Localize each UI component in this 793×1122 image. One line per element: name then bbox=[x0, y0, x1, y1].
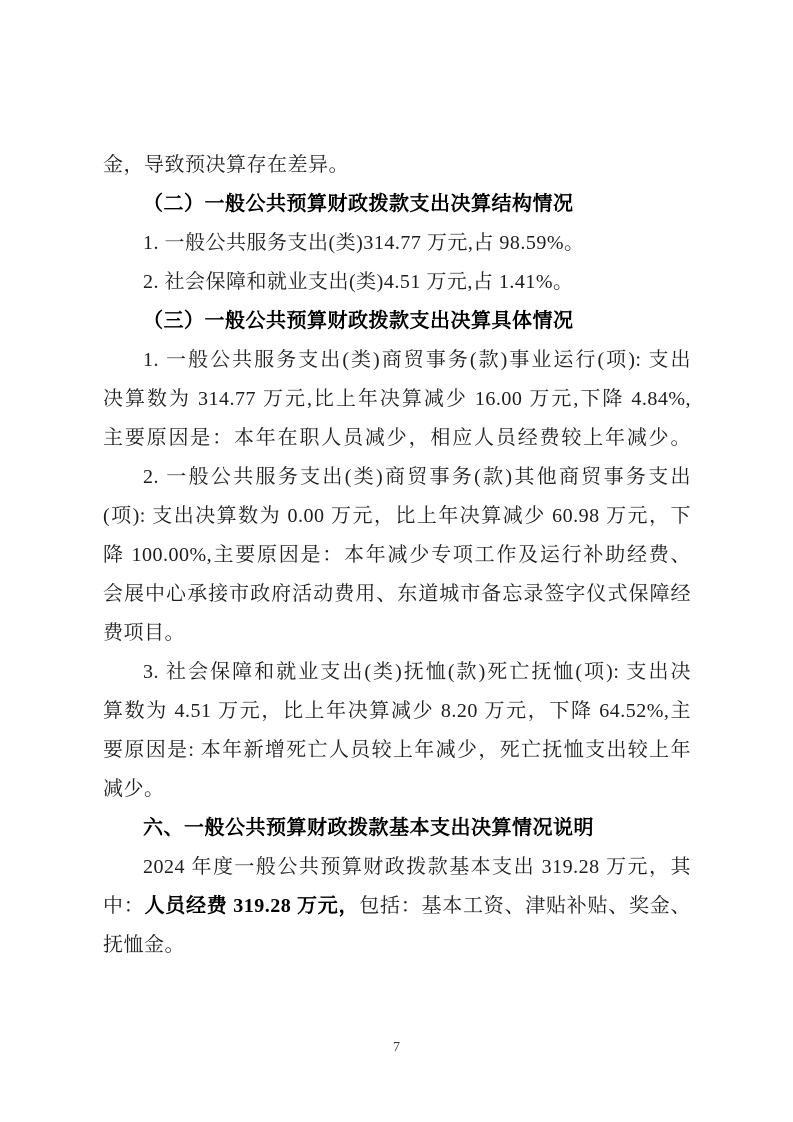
para-basic-line-2-post: 包括：基本工资、津贴补贴、奖金、 bbox=[359, 895, 691, 917]
para-basic-line-1: 2024 年度一般公共预算财政拨款基本支出 319.28 万元，其 bbox=[103, 848, 691, 887]
paragraph-continuation: 金，导致预决算存在差异。 bbox=[103, 146, 691, 185]
para-detail-1-line-3: 主要原因是：本年在职人员减少，相应人员经费较上年减少。 bbox=[103, 419, 691, 458]
para-basic-line-2-pre: 中： bbox=[103, 895, 145, 917]
page-number: 7 bbox=[0, 1036, 793, 1060]
document-page: 金，导致预决算存在差异。 （二）一般公共预算财政拨款支出决算结构情况 1. 一般… bbox=[0, 0, 793, 1122]
para-detail-3-line-3: 要原因是: 本年新增死亡人员较上年减少，死亡抚恤支出较上年 bbox=[103, 731, 691, 770]
para-detail-2-line-3: 降 100.00%,主要原因是：本年减少专项工作及运行补助经费、 bbox=[103, 536, 691, 575]
item-social-security: 2. 社会保障和就业支出(类)4.51 万元,占 1.41%。 bbox=[103, 263, 691, 302]
para-detail-3-line-4: 减少。 bbox=[103, 770, 691, 809]
heading-detail-section: （三）一般公共预算财政拨款支出决算具体情况 bbox=[103, 302, 691, 341]
heading-structure-section: （二）一般公共预算财政拨款支出决算结构情况 bbox=[103, 185, 691, 224]
para-detail-2-line-4: 会展中心承接市政府活动费用、东道城市备忘录签字仪式保障经 bbox=[103, 575, 691, 614]
para-detail-2-line-1: 2. 一般公共服务支出(类)商贸事务(款)其他商贸事务支出 bbox=[103, 458, 691, 497]
para-detail-3-line-1: 3. 社会保障和就业支出(类)抚恤(款)死亡抚恤(项): 支出决 bbox=[103, 653, 691, 692]
para-detail-1-line-2: 决算数为 314.77 万元,比上年决算减少 16.00 万元,下降 4.84%… bbox=[103, 380, 691, 419]
para-detail-2-line-5: 费项目。 bbox=[103, 614, 691, 653]
document-body: 金，导致预决算存在差异。 （二）一般公共预算财政拨款支出决算结构情况 1. 一般… bbox=[103, 146, 691, 965]
personnel-expense-bold: 人员经费 319.28 万元， bbox=[145, 895, 360, 917]
para-basic-line-2: 中：人员经费 319.28 万元，包括：基本工资、津贴补贴、奖金、 bbox=[103, 887, 691, 926]
para-basic-line-3: 抚恤金。 bbox=[103, 926, 691, 965]
para-detail-3-line-2: 算数为 4.51 万元，比上年决算减少 8.20 万元，下降 64.52%,主 bbox=[103, 692, 691, 731]
heading-basic-expenditure: 六、一般公共预算财政拨款基本支出决算情况说明 bbox=[103, 809, 691, 848]
para-detail-2-line-2: (项): 支出决算数为 0.00 万元，比上年决算减少 60.98 万元，下 bbox=[103, 497, 691, 536]
para-detail-1-line-1: 1. 一般公共服务支出(类)商贸事务(款)事业运行(项): 支出 bbox=[103, 341, 691, 380]
item-general-public-service: 1. 一般公共服务支出(类)314.77 万元,占 98.59%。 bbox=[103, 224, 691, 263]
